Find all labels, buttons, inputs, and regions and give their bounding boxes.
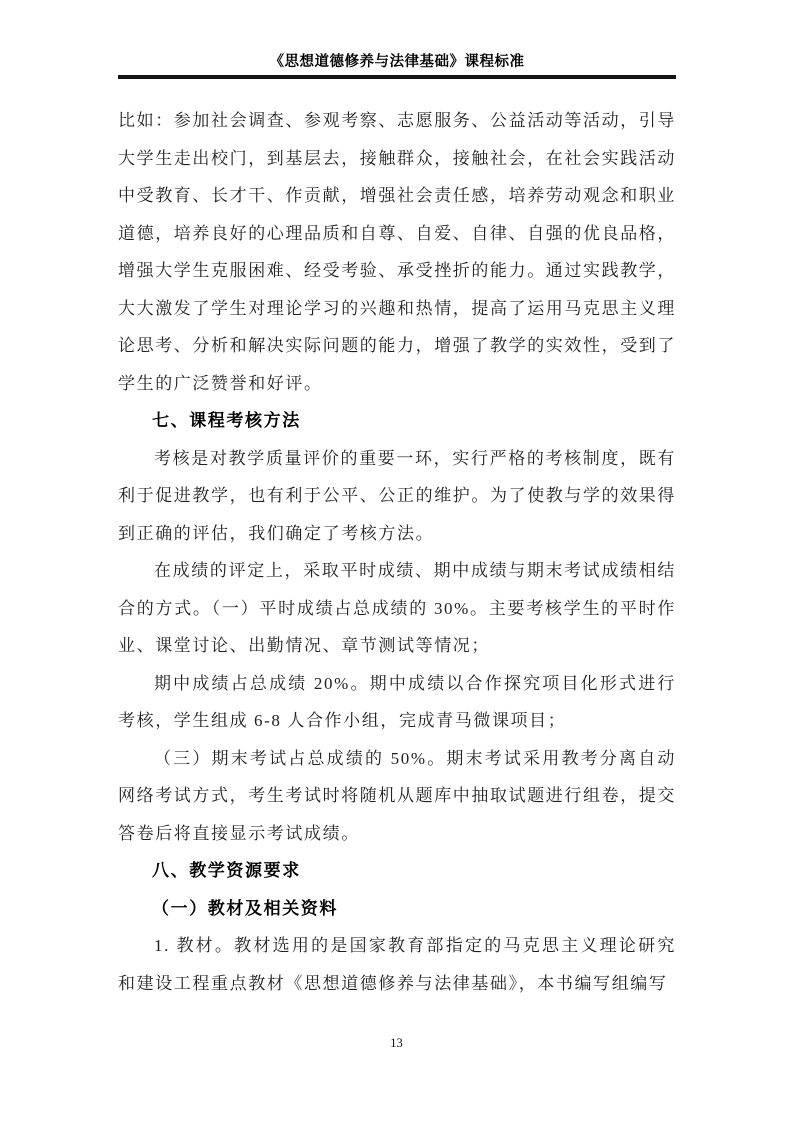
paragraph-regular-grade: 在成绩的评定上，采取平时成绩、期中成绩与期末考试成绩相结合的方式。（一）平时成绩… xyxy=(118,552,676,665)
paragraph-textbook-selection: 1. 教材。教材选用的是国家教育部指定的马克思主义理论研究和建设工程重点教材《思… xyxy=(118,927,676,1002)
paragraph-final-exam: （三）期末考试占总成绩的 50%。期末考试采用教考分离自动网络考试方式，考生考试… xyxy=(118,740,676,853)
page-number: 13 xyxy=(390,1036,403,1050)
document-body: 比如：参加社会调查、参观考察、志愿服务、公益活动等活动，引导大学生走出校门，到基… xyxy=(118,102,676,1002)
paragraph-midterm-grade: 期中成绩占总成绩 20%。期中成绩以合作探究项目化形式进行考核，学生组成 6-8… xyxy=(118,665,676,740)
section-heading-8-teaching-resources: 八、教学资源要求 xyxy=(118,852,676,890)
page-footer: 13 xyxy=(0,1034,793,1052)
page-header: 《思想道德修养与法律基础》课程标准 xyxy=(118,51,676,79)
section-heading-7-assessment-methods: 七、课程考核方法 xyxy=(118,402,676,440)
document-page: 《思想道德修养与法律基础》课程标准 比如：参加社会调查、参观考察、志愿服务、公益… xyxy=(0,0,793,1122)
subsection-heading-8-1-textbooks: （一）教材及相关资料 xyxy=(118,890,676,928)
paragraph-practice-teaching: 比如：参加社会调查、参观考察、志愿服务、公益活动等活动，引导大学生走出校门，到基… xyxy=(118,102,676,402)
header-title: 《思想道德修养与法律基础》课程标准 xyxy=(118,51,676,73)
paragraph-assessment-intro: 考核是对教学质量评价的重要一环，实行严格的考核制度，既有利于促进教学，也有利于公… xyxy=(118,440,676,553)
header-double-rule xyxy=(118,75,676,79)
